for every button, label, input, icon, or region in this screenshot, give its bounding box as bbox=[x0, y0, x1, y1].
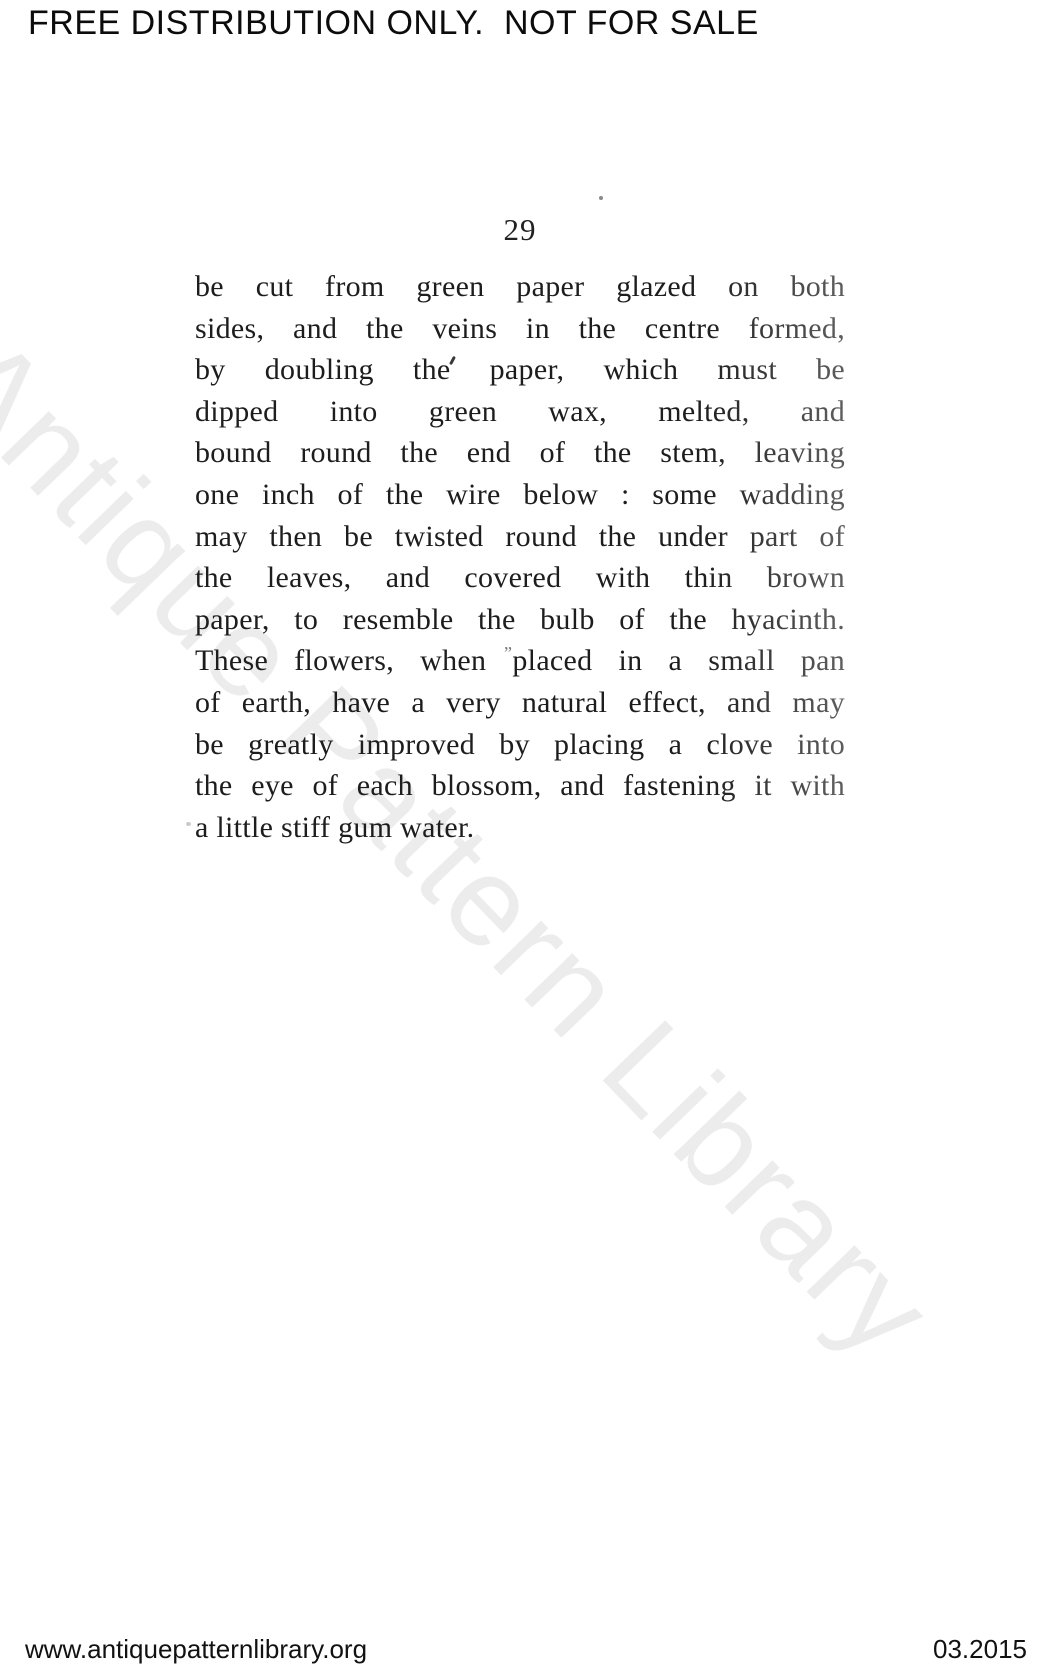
text-line: a little stiff gum water. bbox=[195, 807, 845, 849]
text-line: be greatly improved by placing a clove i… bbox=[195, 724, 845, 766]
footer-url: www.antiquepatternlibrary.org bbox=[25, 1634, 367, 1665]
text-line: the eye of each blossom, and fastening i… bbox=[195, 765, 845, 807]
text-line: one inch of the wire below : some waddin… bbox=[195, 474, 845, 516]
footer-date: 03.2015 bbox=[933, 1634, 1027, 1665]
scan-speck bbox=[186, 822, 191, 826]
text-line: These flowers, when placed in a small pa… bbox=[195, 640, 845, 682]
text-line: of earth, have a very natural effect, an… bbox=[195, 682, 845, 724]
distribution-notice: FREE DISTRIBUTION ONLY. NOT FOR SALE bbox=[28, 4, 759, 43]
text-line: the leaves, and covered with thin brown bbox=[195, 557, 845, 599]
scanned-book-page: FREE DISTRIBUTION ONLY. NOT FOR SALE Ant… bbox=[0, 0, 1050, 1680]
text-line: by doubling the paper, which must be bbox=[195, 349, 845, 391]
scan-speck bbox=[599, 196, 603, 200]
text-line: paper, to resemble the bulb of the hyaci… bbox=[195, 599, 845, 641]
page-number: 29 bbox=[195, 212, 845, 248]
text-line: be cut from green paper glazed on both bbox=[195, 266, 845, 308]
scan-speck: ” bbox=[504, 651, 513, 656]
text-line: sides, and the veins in the centre forme… bbox=[195, 308, 845, 350]
text-line: dipped into green wax, melted, and bbox=[195, 391, 845, 433]
text-line: bound round the end of the stem, leaving bbox=[195, 432, 845, 474]
text-line: may then be twisted round the under part… bbox=[195, 516, 845, 558]
body-text-block: be cut from green paper glazed on both s… bbox=[195, 266, 845, 848]
